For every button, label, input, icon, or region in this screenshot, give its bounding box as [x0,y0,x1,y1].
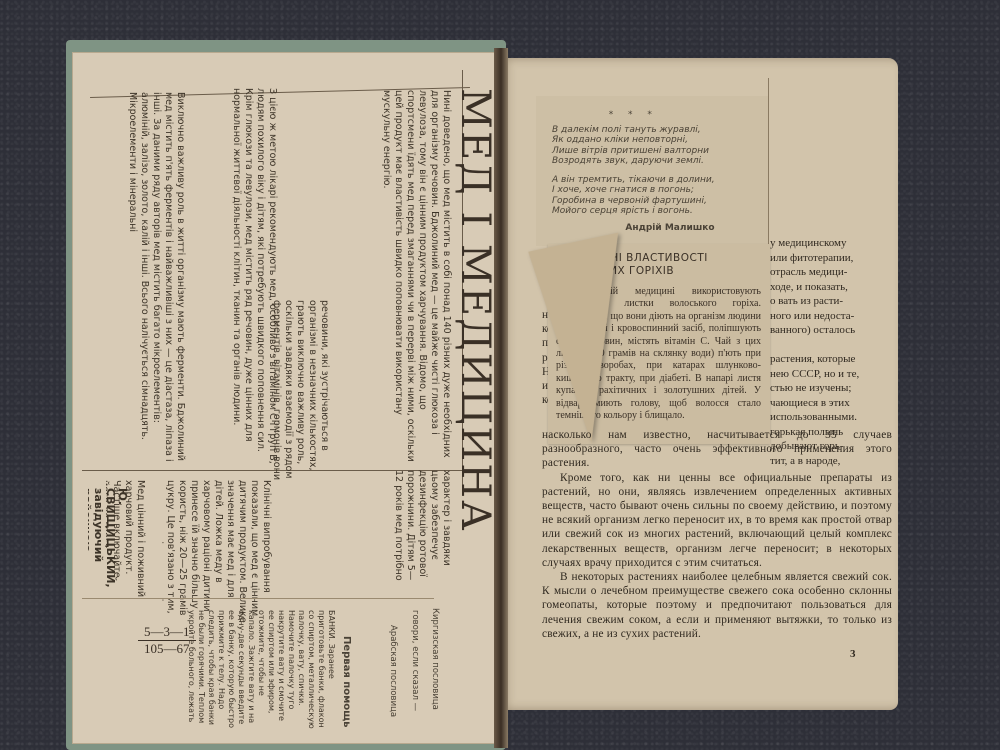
text-line: или фитотерапии, [770,251,888,266]
poem-line: Горобина в червоній фартушині, [552,196,715,207]
first-aid-text: БАНКИ. Заранее приготовьте банки, флакон… [186,610,336,730]
page-number: 3 [850,648,856,660]
article-column: Клінічні випробування показали, що мед є… [162,480,272,630]
text-line: чающиеся в этих [770,396,888,411]
poem-stanza: В далекім полі тануть журавлі, Як оддано… [552,125,715,167]
article-column: речовини, які зустрічаються в організмі … [270,300,330,480]
text-line: использованными. [770,410,888,425]
article-column: характер і завдяки цьому забезпечує дези… [392,470,452,590]
article-column: З цією ж метою лікарі рекомендують мед, … [188,88,278,468]
first-aid-heading: Первая помощь [341,636,352,728]
book-main-text: насколько нам известно, насчитывается до… [542,428,892,641]
proverb-text: говори, если сказал — [410,610,420,711]
poem-line: І хоче, хоче гнатися в погонь; [552,185,715,196]
signature-block: Ю. СВИЩИЦЬКИЙ, завідуючий районною аптек… [88,488,128,608]
poem-line: В далекім полі тануть журавлі, [552,125,715,136]
poem-separator: * * * [552,110,715,121]
poem-line: Лише вітрів притишені валторни [552,146,715,157]
text-line: у медицинскому [770,236,888,251]
proverb-arabic: Арабская пословица [388,625,398,717]
text-line: нею СССР, но и те, [770,367,888,382]
text-line: ходе, и показать, [770,280,888,295]
article-column: Виключно важливу роль в житті організму … [86,92,186,472]
clipping-edge [82,598,434,599]
poem-line: Мойого серця ярість і вогонь. [552,206,715,217]
clipping-title: МЕД І МЕДИЦИНА [452,88,498,532]
poem-author: Андрій Малишко [552,223,715,234]
text-line: растения, которые [770,352,888,367]
text-line: ванного) осталось [770,323,888,338]
text-line: ного или недоста- [770,309,888,324]
signature-role: завідуючий районною аптекою № 5. [88,488,104,608]
poem-line: Возродять звук, даруючи землі. [552,156,715,167]
poem-line: Як оддано кліки неповторні, [552,135,715,146]
text-gap [770,338,888,353]
poem-line: А він тремтить, тікаючи в долини, [552,175,715,186]
proverb-kyrgyz: Киргизская пословица [430,608,440,710]
signature-name: Ю. СВИЩИЦЬКИЙ, [104,488,128,608]
paragraph: Кроме того, как ни ценны все официальные… [542,471,892,570]
poem-stanza: А він тремтить, тікаючи в долини, І хоче… [552,175,715,217]
text-line: стью не изучены; [770,381,888,396]
poem: * * * В далекім полі тануть журавлі, Як … [552,110,715,233]
paragraph: В некоторых растениях наиболее целебным … [542,570,892,641]
text-line: отрасль медици- [770,265,888,280]
paragraph: насколько нам известно, насчитывается до… [542,428,892,471]
text-line: о вать из расти- [770,294,888,309]
